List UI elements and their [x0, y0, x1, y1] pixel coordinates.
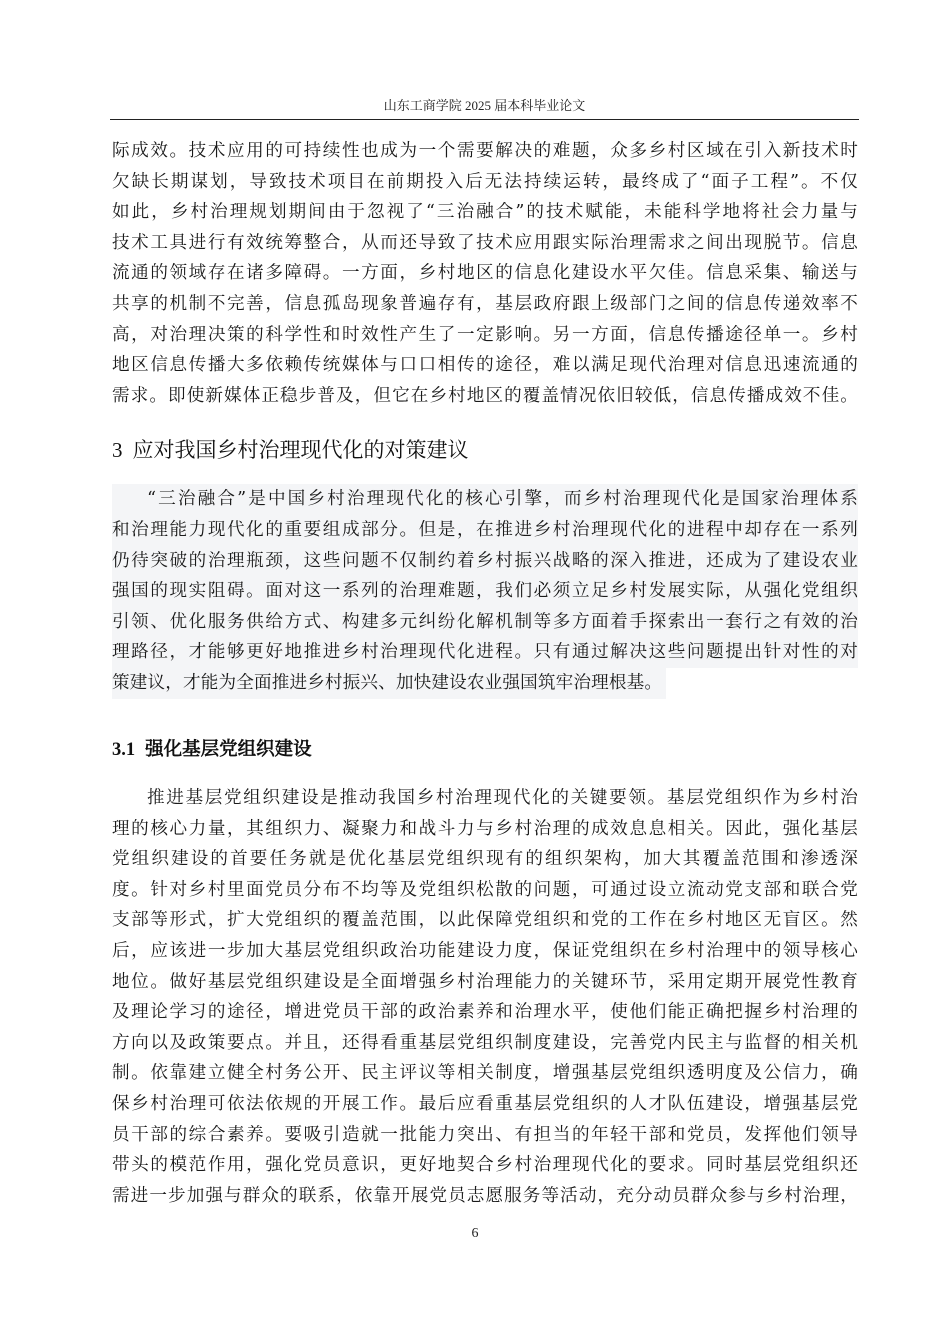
- page-body: 际成效。技术应用的可持续性也成为一个需要解决的难题，众多乡村区域在引入新技术时 …: [112, 136, 858, 1211]
- text-line: 度。针对乡村里面党员分布不均等及党组织松散的问题，可通过设立流动党支部和联合党: [112, 875, 858, 906]
- text-line: 强国的现实阻碍。面对这一系列的治理难题，我们必须立足乡村发展实际，从强化党组织: [112, 576, 858, 607]
- text-line: 方向以及政策要点。并且，还得看重基层党组织制度建设，完善党内民主与监督的相关机: [112, 1028, 858, 1059]
- text-line: 欠缺长期谋划，导致技术项目在前期投入后无法持续运转，最终成了“面子工程”。不仅: [112, 167, 858, 198]
- text-line: 需进一步加强与群众的联系，依靠开展党员志愿服务等活动，充分动员群众参与乡村治理，: [112, 1181, 858, 1212]
- text-line: 共享的机制不完善，信息孤岛现象普遍存有，基层政府跟上级部门之间的信息传递效率不: [112, 289, 858, 320]
- text-line: 技术工具进行有效统筹整合，从而还导致了技术应用跟实际治理需求之间出现脱节。信息: [112, 228, 858, 259]
- text-line: 地位。做好基层党组织建设是全面增强乡村治理能力的关键环节，采用定期开展党性教育: [112, 967, 858, 998]
- text-line: “三治融合”是中国乡村治理现代化的核心引擎，而乡村治理现代化是国家治理体系: [112, 484, 858, 515]
- section-heading-3-1: 3.1强化基层党组织建设: [112, 735, 858, 765]
- text-line: 策建议，才能为全面推进乡村振兴、加快建设农业强国筑牢治理根基。: [112, 668, 666, 699]
- paragraph-party-building: 推进基层党组织建设是推动我国乡村治理现代化的关键要领。基层党组织作为乡村治 理的…: [112, 783, 858, 1211]
- running-header: 山东工商学院 2025 届本科毕业论文: [110, 96, 859, 116]
- text-line: 支部等形式，扩大党组织的覆盖范围，以此保障党组织和党的工作在乡村地区无盲区。然: [112, 905, 858, 936]
- text-line: 理路径，才能够更好地推进乡村治理现代化进程。只有通过解决这些问题提出针对性的对: [112, 637, 858, 668]
- text-line: 带头的模范作用，强化党员意识，更好地契合乡村治理现代化的要求。同时基层党组织还: [112, 1150, 858, 1181]
- text-line: 流通的领域存在诸多障碍。一方面，乡村地区的信息化建设水平欠佳。信息采集、输送与: [112, 258, 858, 289]
- text-line: 保乡村治理可依法依规的开展工作。最后应看重基层党组织的人才队伍建设，增强基层党: [112, 1089, 858, 1120]
- section-number: 3.1: [112, 740, 135, 760]
- section-title: 强化基层党组织建设: [145, 739, 312, 760]
- text-line: 党组织建设的首要任务就是优化基层党组织现有的组织架构，加大其覆盖范围和渗透深: [112, 844, 858, 875]
- highlighted-paragraph: “三治融合”是中国乡村治理现代化的核心引擎，而乡村治理现代化是国家治理体系 和治…: [112, 484, 858, 709]
- text-line: 理的核心力量，其组织力、凝聚力和战斗力与乡村治理的成效息息相关。因此，强化基层: [112, 814, 858, 845]
- text-line: 引领、优化服务供给方式、构建多元纠纷化解机制等多方面着手探索出一套行之有效的治: [112, 607, 858, 638]
- text-line: 推进基层党组织建设是推动我国乡村治理现代化的关键要领。基层党组织作为乡村治: [112, 783, 858, 814]
- text-line: 际成效。技术应用的可持续性也成为一个需要解决的难题，众多乡村区域在引入新技术时: [112, 136, 858, 167]
- section-title: 应对我国乡村治理现代化的对策建议: [133, 438, 469, 462]
- section-number: 3: [112, 438, 123, 462]
- text-line: 及理论学习的途径，增进党员干部的政治素养和治理水平，使他们能正确把握乡村治理的: [112, 997, 858, 1028]
- text-line: 制。依靠建立健全村务公开、民主评议等相关制度，增强基层党组织透明度及公信力，确: [112, 1058, 858, 1089]
- header-rule: [110, 119, 859, 120]
- text-line: 如此，乡村治理规划期间由于忽视了“三治融合”的技术赋能，未能科学地将社会力量与: [112, 197, 858, 228]
- text-line: 高，对治理决策的科学性和时效性产生了一定影响。另一方面，信息传播途径单一。乡村: [112, 320, 858, 351]
- page-number: 6: [0, 1226, 950, 1242]
- section-heading-3: 3应对我国乡村治理现代化的对策建议: [112, 435, 858, 465]
- text-line: 和治理能力现代化的重要组成部分。但是，在推进乡村治理现代化的进程中却存在一系列: [112, 515, 858, 546]
- text-line: 仍待突破的治理瓶颈，这些问题不仅制约着乡村振兴战略的深入推进，还成为了建设农业: [112, 546, 858, 577]
- text-line: 地区信息传播大多依赖传统媒体与口口相传的途径，难以满足现代治理对信息迅速流通的: [112, 350, 858, 381]
- paragraph-continuation: 际成效。技术应用的可持续性也成为一个需要解决的难题，众多乡村区域在引入新技术时 …: [112, 136, 858, 411]
- text-line: 需求。即使新媒体正稳步普及，但它在乡村地区的覆盖情况依旧较低，信息传播成效不佳。: [112, 381, 858, 412]
- text-line: 员干部的综合素养。要吸引造就一批能力突出、有担当的年轻干部和党员，发挥他们领导: [112, 1120, 858, 1151]
- text-line: 后，应该进一步加大基层党组织政治功能建设力度，保证党组织在乡村治理中的领导核心: [112, 936, 858, 967]
